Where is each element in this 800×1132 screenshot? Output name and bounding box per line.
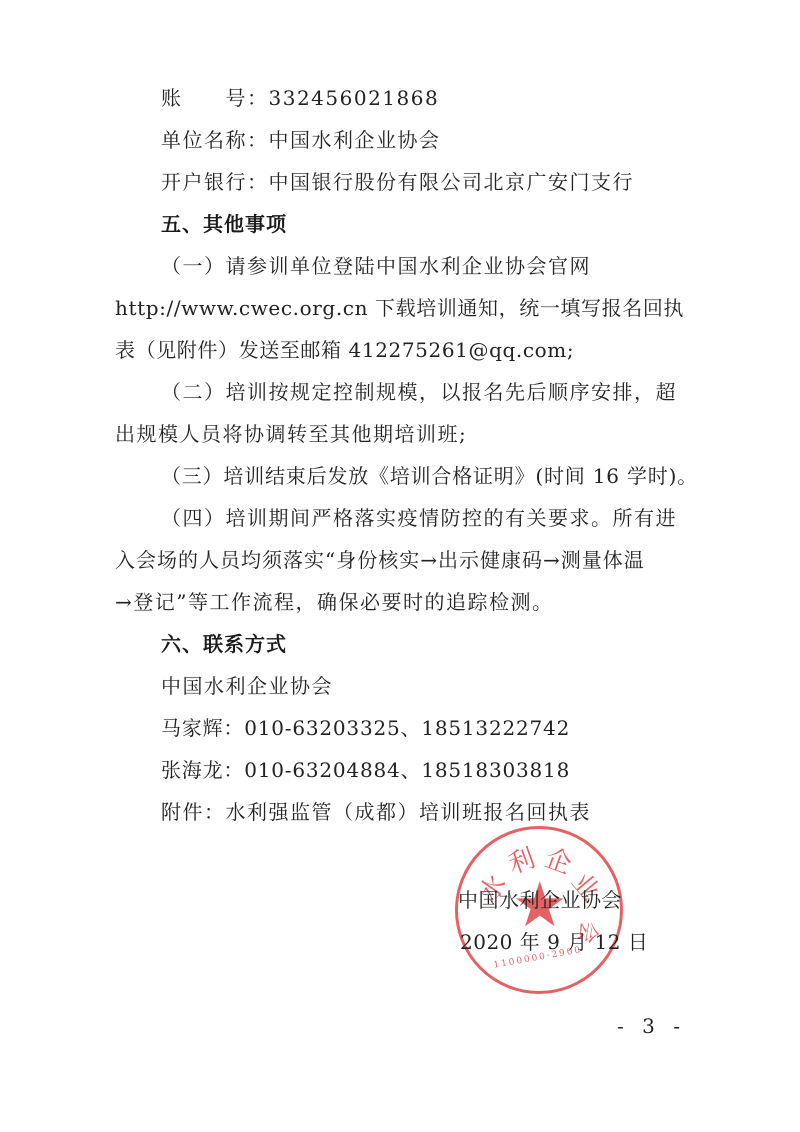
- item4-line2: 入会场的人员均须落实“身份核实→出示健康码→测量体温: [115, 546, 645, 574]
- account-line: 账 号：332456021868: [161, 84, 439, 112]
- item4-line3: →登记”等工作流程，确保必要时的追踪检测。: [115, 588, 553, 616]
- contact-org: 中国水利企业协会: [161, 672, 333, 700]
- page-number: - 3 -: [617, 1014, 686, 1038]
- item4-line1: （四）培训期间严格落实疫情防控的有关要求。所有进: [161, 504, 677, 532]
- account-label: 账 号：: [161, 86, 269, 110]
- item2-line2: 出规模人员将协调转至其他期培训班;: [115, 420, 467, 448]
- unit-name-line: 单位名称：中国水利企业协会: [161, 126, 441, 154]
- unit-name-value: 中国水利企业协会: [269, 128, 441, 152]
- signature-date: 2020 年 9 月 12 日: [460, 928, 648, 956]
- contact-2: 张海龙：010-63204884、18518303818: [161, 756, 570, 784]
- attachment-line: 附件：水利强监管（成都）培训班报名回执表: [161, 798, 591, 826]
- section5-title: 五、其他事项: [161, 210, 287, 238]
- account-value: 332456021868: [269, 86, 440, 110]
- contact-1: 马家辉：010-63203325、18513222742: [161, 714, 570, 742]
- section6-title: 六、联系方式: [161, 630, 287, 658]
- item3-line1: （三）培训结束后发放《培训合格证明》(时间 16 学时)。: [161, 462, 698, 490]
- item1-line1: （一）请参训单位登陆中国水利企业协会官网: [161, 252, 591, 280]
- item2-line1: （二）培训按规定控制规模，以报名先后顺序安排，超: [161, 378, 677, 406]
- bank-line: 开户银行：中国银行股份有限公司北京广安门支行: [161, 168, 634, 196]
- unit-name-label: 单位名称：: [161, 128, 269, 152]
- signature-org: 中国水利企业协会: [458, 886, 622, 914]
- bank-value: 中国银行股份有限公司北京广安门支行: [269, 170, 635, 194]
- bank-label: 开户银行：: [161, 170, 269, 194]
- item1-line3: 表（见附件）发送至邮箱 412275261@qq.com;: [115, 336, 574, 364]
- item1-line2: http://www.cwec.org.cn 下载培训通知，统一填写报名回执: [115, 294, 684, 322]
